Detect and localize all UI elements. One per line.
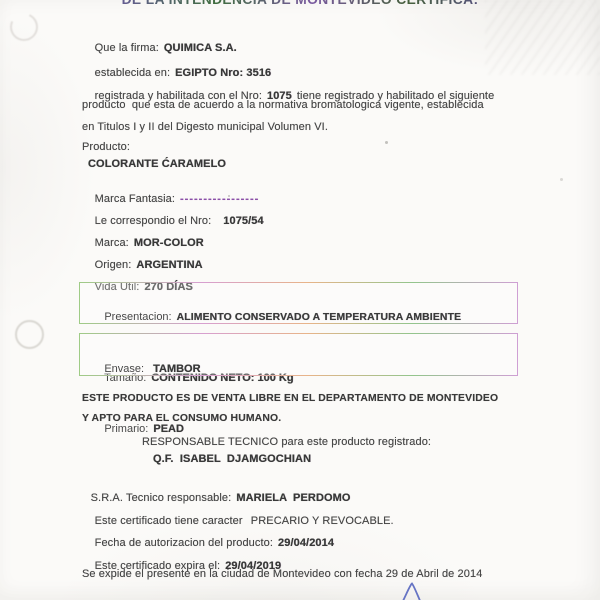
signature-pen-stroke bbox=[398, 580, 432, 600]
primary-package-line: Primario:PEAD bbox=[86, 399, 511, 459]
presentation-box: Presentacion:ALIMENTO CONSERVADO A TEMPE… bbox=[79, 282, 518, 324]
registration-value: 1075/54 bbox=[223, 215, 263, 227]
presentation-value: ALIMENTO CONSERVADO A TEMPERATURA AMBIEN… bbox=[177, 312, 462, 323]
tech-responsible-heading: RESPONSABLE TECNICO para este producto r… bbox=[142, 435, 431, 449]
tech-responsible-name: Q.F. ISABEL DJAMGOCHIAN bbox=[153, 452, 311, 466]
scanned-certificate-page: DE LA INTENDENCIA DE MONTEVIDEO CERTIFIC… bbox=[0, 0, 600, 600]
package-value: TAMBOR bbox=[153, 363, 200, 375]
hole-punch-mark-middle bbox=[15, 320, 44, 349]
authorization-value: 29/04/2014 bbox=[278, 537, 334, 549]
free-sale-line-2: Y APTO PARA EL CONSUMO HUMANO. bbox=[82, 412, 281, 426]
certificate-heading: DE LA INTENDENCIA DE MONTEVIDEO CERTIFIC… bbox=[0, 0, 600, 7]
presentation-label: Presentacion: bbox=[104, 311, 171, 323]
paragraph-line-3: en Titulos I y II del Digesto municipal … bbox=[82, 120, 328, 134]
package-label: Envase: bbox=[104, 363, 144, 375]
scan-streak-artifact bbox=[485, 0, 600, 75]
issue-line: Se expide el presente en la ciudad de Mo… bbox=[82, 567, 482, 581]
package-box: Envase:TAMBOR Primario:PEAD bbox=[79, 333, 518, 376]
hole-punch-mark-top bbox=[6, 9, 42, 45]
paper-speck bbox=[385, 141, 388, 144]
paragraph-line-2: producto que esta de acuerdo a la normat… bbox=[82, 98, 484, 112]
package-line: Envase:TAMBOR bbox=[86, 339, 511, 399]
product-name: COLORANTE ĆARAMELO bbox=[88, 157, 226, 171]
paper-speck bbox=[560, 178, 563, 181]
product-label: Producto: bbox=[82, 140, 130, 154]
free-sale-line-1: ESTE PRODUCTO ES DE VENTA LIBRE EN EL DE… bbox=[82, 392, 498, 406]
